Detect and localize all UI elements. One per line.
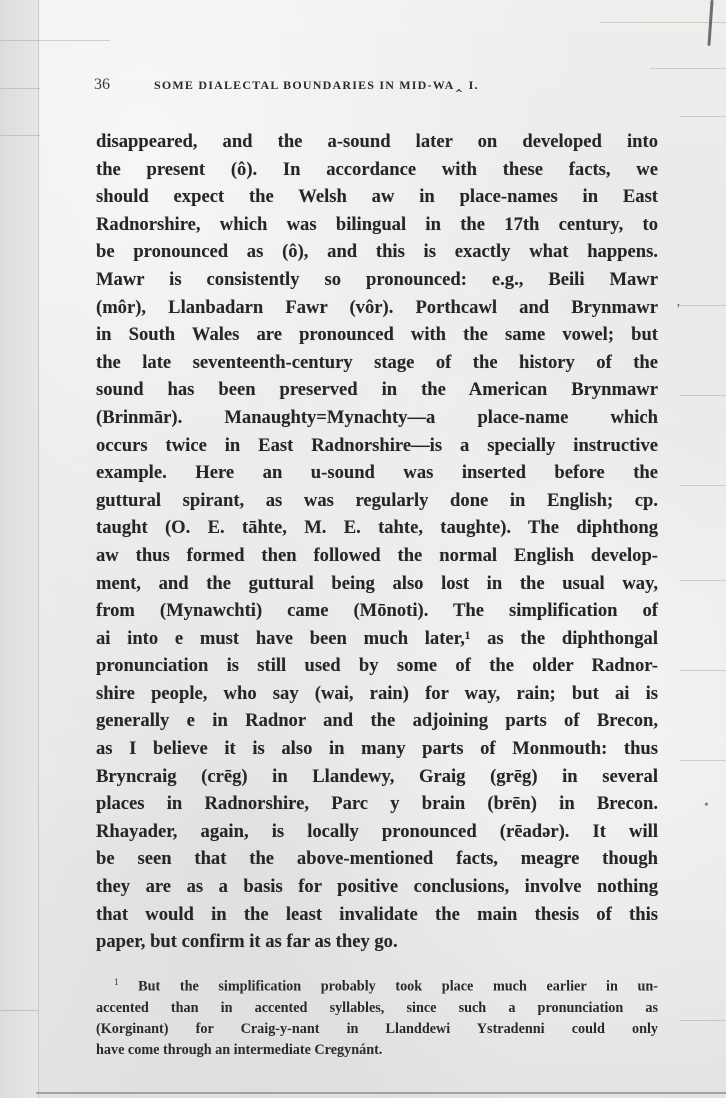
stray-ink-mark: ’ <box>676 302 681 318</box>
text-line: the present (ô). In accordance with thes… <box>96 156 658 184</box>
text-line: aw thus formed then followed the normal … <box>96 542 658 570</box>
background-rule-line <box>0 135 40 136</box>
text-line: places in Radnorshire, Parc y brain (brē… <box>96 790 658 818</box>
body-paragraph: disappeared, and the a-sound later on de… <box>96 128 658 956</box>
background-rule-line <box>680 395 726 396</box>
text-line: Mawr is consistently so pronounced: e.g.… <box>96 266 658 294</box>
footnote-line: accented than in accented syllables, sin… <box>96 998 658 1019</box>
footnote: 1 But the simplification probably took p… <box>96 972 658 1061</box>
text-line: from (Mynawchti) came (Mōnoti). The simp… <box>96 597 658 625</box>
text-line: taught (O. E. tāhte, M. E. tahte, taught… <box>96 514 658 542</box>
text-line: pronunciation is still used by some of t… <box>96 652 658 680</box>
footnote-line: 1 But the simplification probably took p… <box>96 972 658 998</box>
text-line: ai into e must have been much later,¹ as… <box>96 625 658 653</box>
text-line: be pronounced as (ô), and this is exactl… <box>96 238 658 266</box>
background-rule-line <box>680 116 726 117</box>
stray-ink-mark: • <box>704 798 709 814</box>
text-line: Rhayader, again, is locally pronounced (… <box>96 818 658 846</box>
background-rule-line <box>680 580 726 581</box>
text-line: sound has been preserved in the American… <box>96 376 658 404</box>
background-rule-line <box>680 760 726 761</box>
background-rule-line <box>680 305 726 306</box>
footnote-line: have come through an intermediate Cregyn… <box>96 1040 658 1061</box>
page-number: 36 <box>94 76 110 94</box>
background-rule-line <box>0 40 110 41</box>
footnote-line: (Korginant) for Craig-y-nant in Llanddew… <box>96 1019 658 1040</box>
text-line: the late seventeenth-century stage of th… <box>96 349 658 377</box>
footnote-text: But the simplification probably took pla… <box>138 979 658 995</box>
text-line: (môr), Llanbadarn Fawr (vôr). Porthcawl … <box>96 294 658 322</box>
text-line: shire people, who say (wai, rain) for wa… <box>96 680 658 708</box>
left-page-edge <box>0 0 39 1098</box>
text-line: ment, and the guttural being also lost i… <box>96 570 658 598</box>
text-line: disappeared, and the a-sound later on de… <box>96 128 658 156</box>
text-line: be seen that the above-mentioned facts, … <box>96 845 658 873</box>
background-rule-line <box>0 88 40 89</box>
running-title: SOME DIALECTAL BOUNDARIES IN MID-WA‸ ı. <box>154 78 479 93</box>
running-header: 36 SOME DIALECTAL BOUNDARIES IN MID-WA‸ … <box>96 76 658 106</box>
text-line: guttural spirant, as was regularly done … <box>96 487 658 515</box>
text-line: occurs twice in East Radnorshire—is a sp… <box>96 432 658 460</box>
document-page: 36 SOME DIALECTAL BOUNDARIES IN MID-WA‸ … <box>96 76 658 1061</box>
background-rule-line <box>680 485 726 486</box>
text-line: that would in the least invalidate the m… <box>96 901 658 929</box>
text-line: they are as a basis for positive conclus… <box>96 873 658 901</box>
text-line: paper, but confirm it as far as they go. <box>96 928 658 956</box>
background-rule-line <box>650 68 726 69</box>
text-line: Radnorshire, which was bilingual in the … <box>96 211 658 239</box>
background-rule-line <box>0 1010 38 1011</box>
page-bottom-edge <box>36 1092 726 1094</box>
text-line: as I believe it is also in many parts of… <box>96 735 658 763</box>
text-line: example. Here an u-sound was inserted be… <box>96 459 658 487</box>
text-line: in South Wales are pronounced with the s… <box>96 321 658 349</box>
footnote-marker: 1 <box>114 977 119 987</box>
text-line: (Brinmār). Manaughty=Mynachty—a place-na… <box>96 404 658 432</box>
text-line: Bryncraig (crēg) in Llandewy, Graig (grē… <box>96 763 658 791</box>
background-rule-line <box>600 22 726 23</box>
background-rule-line <box>680 670 726 671</box>
text-line: should expect the Welsh aw in place-name… <box>96 183 658 211</box>
background-rule-line <box>680 1020 726 1021</box>
text-line: generally e in Radnor and the adjoining … <box>96 707 658 735</box>
